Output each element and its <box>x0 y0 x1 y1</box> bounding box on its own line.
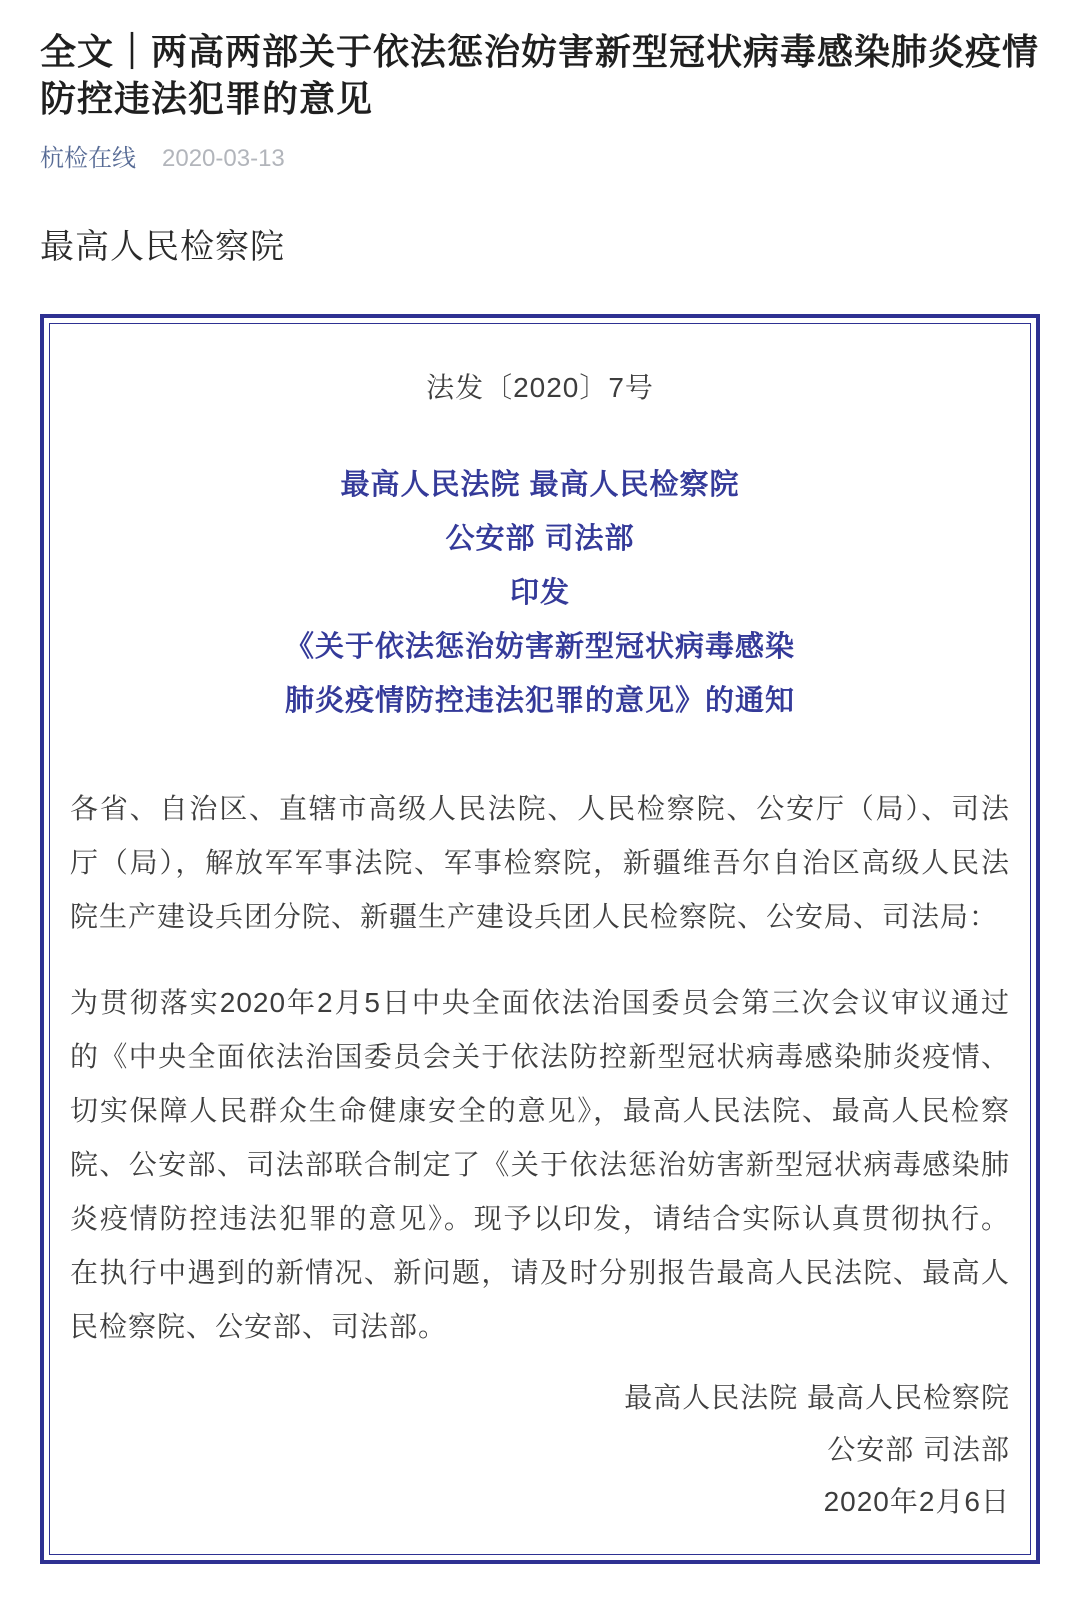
document-number: 法发〔2020〕7号 <box>70 366 1010 406</box>
signature-block: 最高人民法院 最高人民检察院 公安部 司法部 2020年2月6日 <box>70 1372 1010 1528</box>
issuing-line: 公安部 司法部 <box>70 512 1010 566</box>
signature-line: 最高人民法院 最高人民检察院 <box>70 1372 1010 1424</box>
publish-date: 2020-03-13 <box>162 145 285 173</box>
article-page: 全文｜两高两部关于依法惩治妨害新型冠状病毒感染肺炎疫情防控违法犯罪的意见 杭检在… <box>0 0 1080 1604</box>
source-account-link[interactable]: 杭检在线 <box>40 138 136 173</box>
notice-body-paragraph: 为贯彻落实2020年2月5日中央全面依法治国委员会第三次会议审议通过的《中央全面… <box>70 976 1010 1354</box>
signature-line: 公安部 司法部 <box>70 1424 1010 1476</box>
official-notice-box: 法发〔2020〕7号 最高人民法院 最高人民检察院 公安部 司法部 印发 《关于… <box>40 314 1040 1564</box>
article-title: 全文｜两高两部关于依法惩治妨害新型冠状病毒感染肺炎疫情防控违法犯罪的意见 <box>40 28 1040 122</box>
addressees-paragraph: 各省、自治区、直辖市高级人民法院、人民检察院、公安厅（局）、司法厅（局），解放军… <box>70 782 1010 944</box>
section-heading: 最高人民检察院 <box>40 219 1040 268</box>
issuing-line: 印发 <box>70 566 1010 620</box>
issuing-line: 最高人民法院 最高人民检察院 <box>70 458 1010 512</box>
issuing-authority-block: 最高人民法院 最高人民检察院 公安部 司法部 印发 《关于依法惩治妨害新型冠状病… <box>70 458 1010 728</box>
signature-date: 2020年2月6日 <box>70 1476 1010 1528</box>
article-meta: 杭检在线 2020-03-13 <box>40 138 1040 173</box>
official-notice-box-inner: 法发〔2020〕7号 最高人民法院 最高人民检察院 公安部 司法部 印发 《关于… <box>49 323 1031 1555</box>
issuing-line: 肺炎疫情防控违法犯罪的意见》的通知 <box>70 674 1010 728</box>
issuing-line: 《关于依法惩治妨害新型冠状病毒感染 <box>70 620 1010 674</box>
